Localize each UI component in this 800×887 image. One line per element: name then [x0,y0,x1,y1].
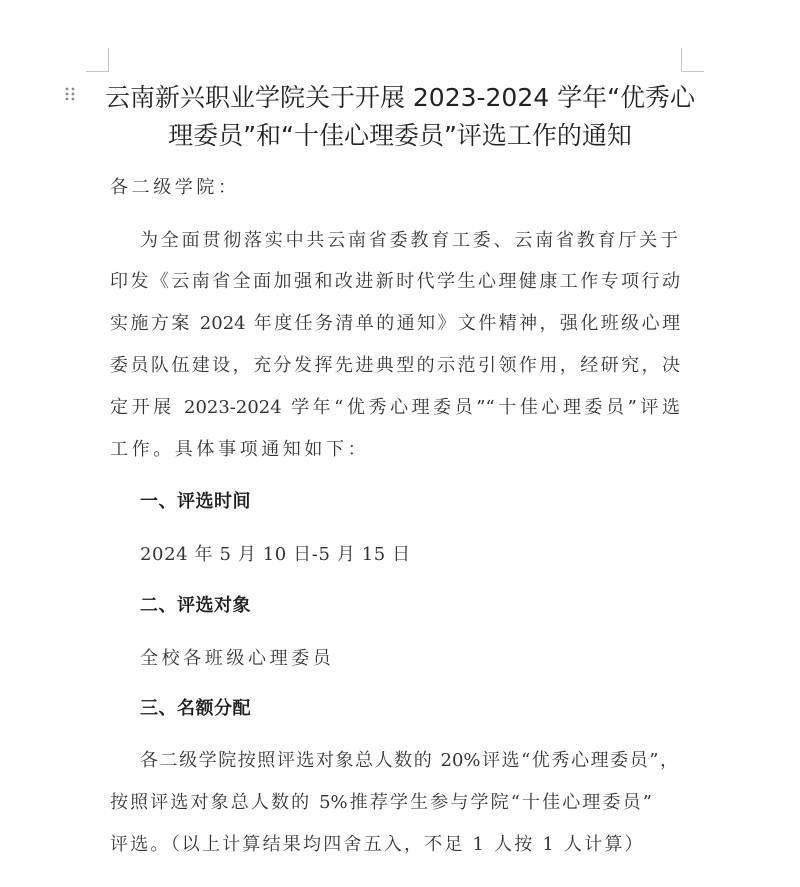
salutation: 各二级学院： [110,176,240,200]
intro-line-3: 实施方案 2024 年度任务清单的通知》文件精神，强化班级心理 [110,312,680,336]
section-target-value: 全校各班级心理委员 [140,647,334,671]
section-heading-quota: 三、名额分配 [140,697,251,721]
section-heading-time: 一、评选时间 [140,490,251,514]
drag-handle-icon[interactable] [64,86,76,102]
intro-line-5: 定开展 2023-2024 学年“优秀心理委员”“十佳心理委员”评选 [110,396,680,420]
section-quota-line-3: 评选。（以上计算结果均四舍五入，不足 1 人按 1 人计算） [110,833,645,857]
intro-line-2: 印发《云南省全面加强和改进新时代学生心理健康工作专项行动 [110,270,680,294]
page-corner-mark-top-right [681,48,704,72]
section-quota-line-1: 各二级学院按照评选对象总人数的 20%评选“优秀心理委员”， [140,749,678,773]
intro-line-4: 委员队伍建设，充分发挥先进典型的示范引领作用，经研究，决 [110,354,680,378]
intro-line-1: 为全面贯彻落实中共云南省委教育工委、云南省教育厅关于 [140,229,678,253]
document-page: 云南新兴职业学院关于开展 2023-2024 学年“优秀心 理委员”和“十佳心理… [0,0,800,887]
section-heading-target: 二、评选对象 [140,594,251,618]
section-time-value: 2024 年 5 月 10 日-5 月 15 日 [140,543,411,567]
document-title-line-2: 理委员”和“十佳心理委员”评选工作的通知 [100,116,700,156]
intro-line-6: 工作。具体事项通知如下： [110,438,369,462]
section-quota-line-2: 按照评选对象总人数的 5%推荐学生参与学院“十佳心理委员” [110,791,652,815]
page-corner-mark-top-left [86,48,109,72]
document-title-line-1: 云南新兴职业学院关于开展 2023-2024 学年“优秀心 [90,78,710,118]
